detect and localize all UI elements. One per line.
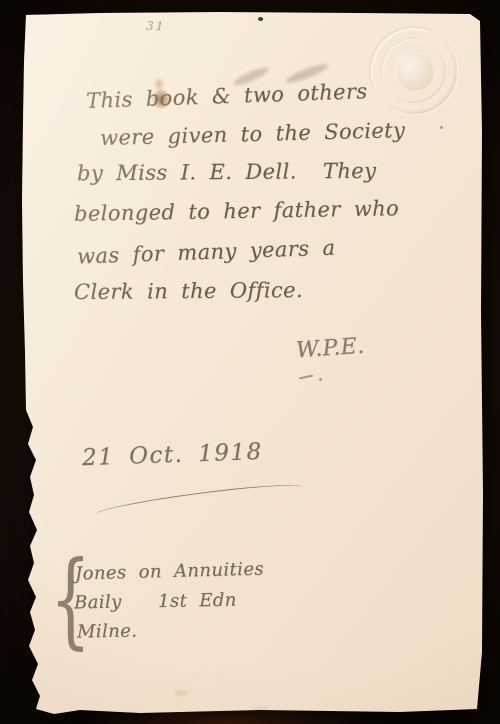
book-list-item: Milne. (77, 622, 138, 641)
seal-crest (396, 53, 432, 89)
pencil-number: 31 (146, 20, 166, 33)
note-line: Clerk in the Office. (74, 280, 303, 303)
date-underline (93, 479, 302, 515)
note-line: by Miss I. E. Dell. They (77, 161, 376, 185)
date-line: 21 Oct. 1918 (82, 441, 263, 470)
note-line: This book & two others (86, 81, 368, 112)
paper-shadow-wrap: 31 This book & two others were given to … (20, 12, 484, 714)
note-line: belonged to her father who (74, 198, 399, 225)
signature-flourish-dot (319, 378, 322, 381)
foxing-spot (175, 690, 187, 696)
signature-flourish (299, 375, 313, 380)
paper-sheet: 31 This book & two others were given to … (20, 12, 484, 714)
note-line: was for many years a (77, 237, 336, 267)
signature: W.P.E. (295, 336, 365, 363)
note-line: were given to the Society (100, 120, 406, 149)
ink-speck (257, 16, 263, 21)
foxing-spot (252, 707, 268, 712)
book-list-item: Jones on Annuities (75, 561, 264, 584)
photo-background: 31 This book & two others were given to … (0, 0, 500, 724)
embossed-seal-icon (371, 28, 457, 114)
book-list-item: Baily 1st Edn (74, 592, 237, 613)
paper-speck (440, 126, 443, 129)
